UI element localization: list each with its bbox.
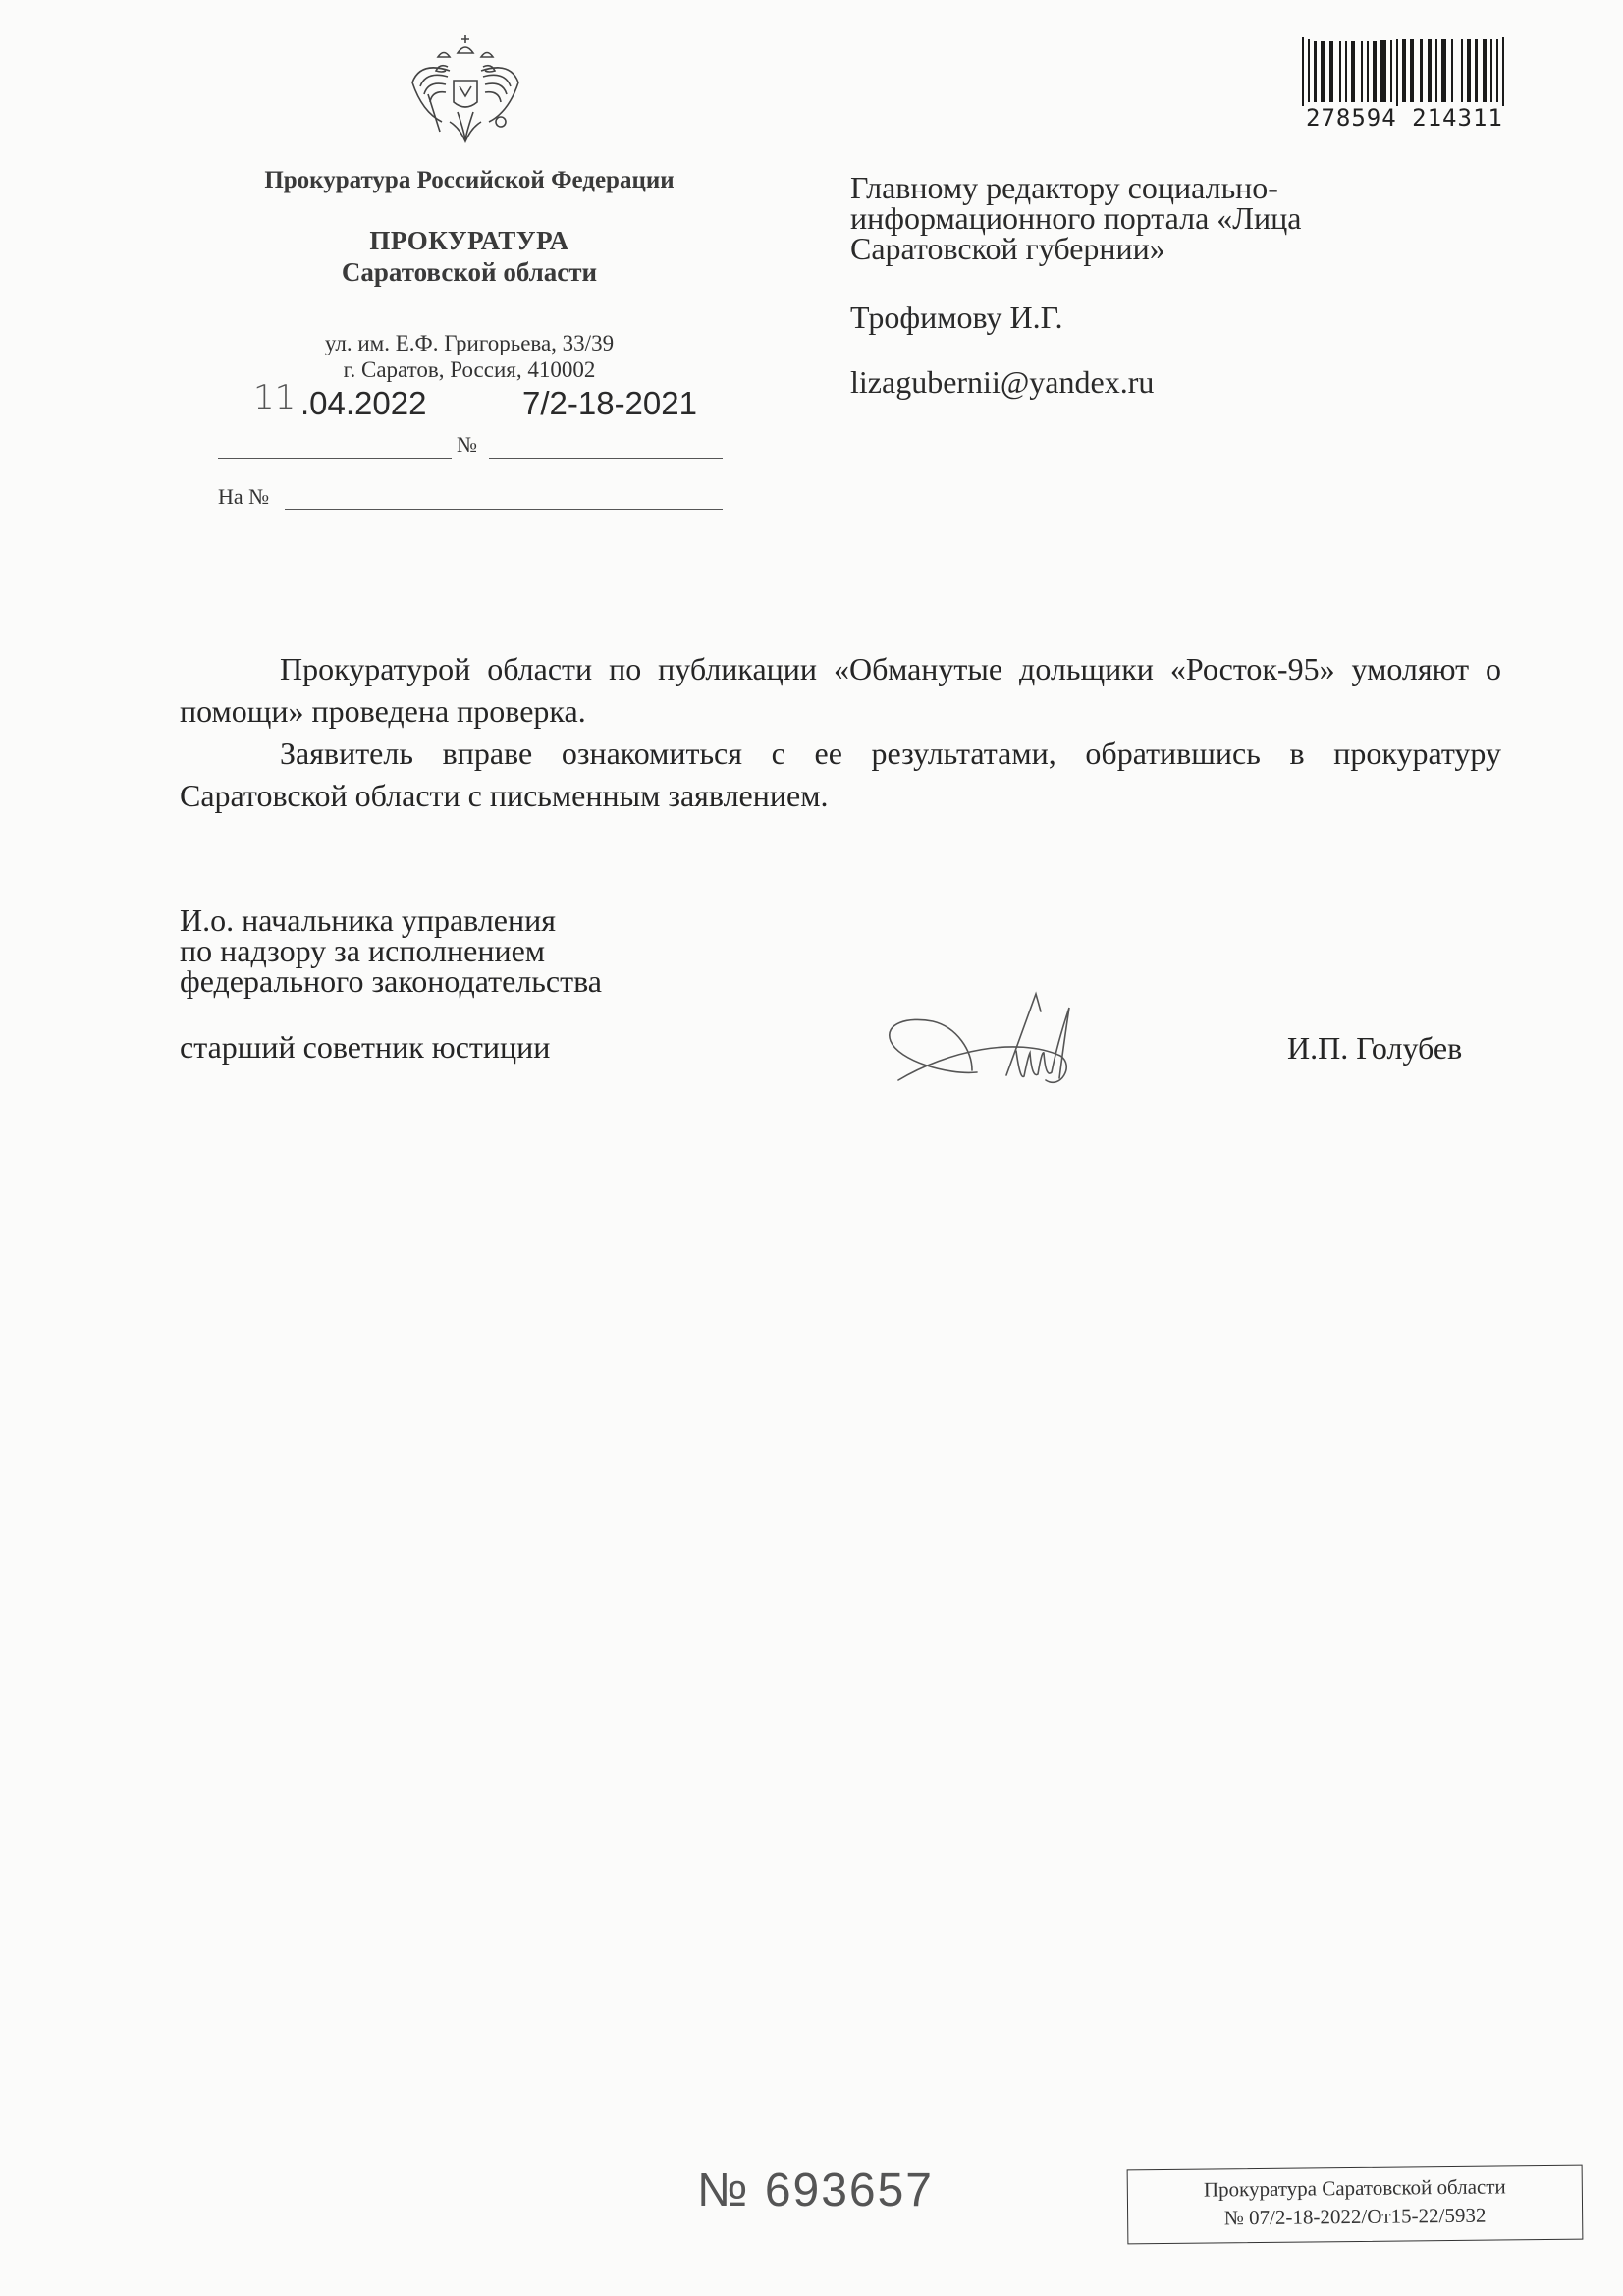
- handwritten-day: 11: [253, 378, 296, 417]
- barcode-icon: [1302, 37, 1520, 106]
- federal-agency-name: Прокуратура Российской Федерации: [214, 167, 725, 194]
- barcode-number: 278594 214311: [1306, 104, 1503, 132]
- signatory-position-line1: И.о. начальника управления: [180, 905, 556, 936]
- org-name-line2: Саратовской области: [214, 257, 725, 288]
- stamp-org: Прокуратура Саратовской области: [1128, 2174, 1582, 2204]
- addressee-line1: Главному редактору социально-: [850, 173, 1278, 203]
- number-sign: №: [457, 432, 477, 458]
- reply-to-underline: [285, 509, 723, 510]
- body-paragraph-1: Прокуратурой области по публикации «Обма…: [180, 648, 1501, 733]
- addressee-line2: информационного портала «Лица: [850, 203, 1301, 234]
- signatory-rank: старший советник юстиции: [180, 1032, 550, 1063]
- registration-number: № 693657: [697, 2163, 934, 2217]
- outgoing-date: .04.2022: [300, 385, 426, 422]
- date-underline: [218, 458, 452, 459]
- signatory-name: И.П. Голубев: [1287, 1030, 1462, 1066]
- org-name-line1: ПРОКУРАТУРА: [214, 226, 725, 256]
- number-underline: [489, 458, 723, 459]
- coat-of-arms-icon: [405, 31, 526, 147]
- signatory-position-line2: по надзору за исполнением: [180, 936, 545, 966]
- registration-stamp: Прокуратура Саратовской области № 07/2-1…: [1127, 2165, 1584, 2245]
- reply-to-label: На №: [218, 484, 269, 510]
- addressee-name: Трофимову И.Г.: [850, 302, 1062, 333]
- org-address-line1: ул. им. Е.Ф. Григорьева, 33/39: [214, 331, 725, 356]
- signatory-position-line3: федерального законодательства: [180, 966, 602, 997]
- handwritten-signature-icon: [879, 982, 1124, 1100]
- addressee-email: lizagubernii@yandex.ru: [850, 367, 1154, 398]
- outgoing-number: 7/2-18-2021: [522, 385, 697, 422]
- body-paragraph-2: Заявитель вправе ознакомиться с ее резул…: [180, 733, 1501, 817]
- addressee-line3: Саратовской губернии»: [850, 234, 1165, 264]
- stamp-number: № 07/2-18-2022/От15-22/5932: [1128, 2203, 1582, 2232]
